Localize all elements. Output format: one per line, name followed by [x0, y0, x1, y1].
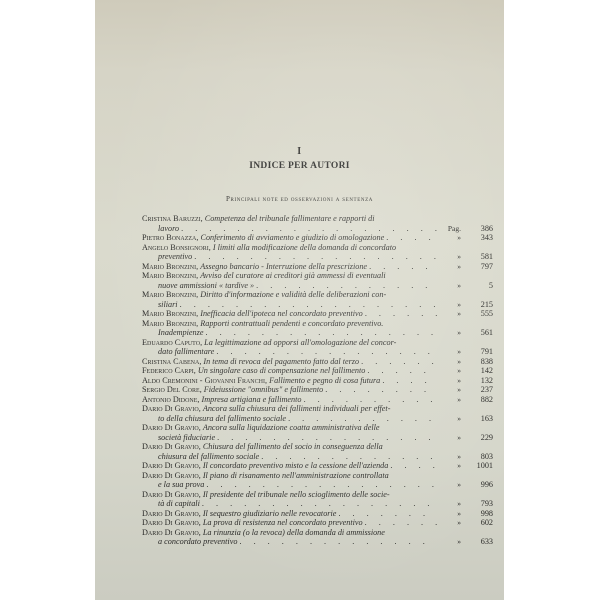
page-prefix: »: [441, 281, 461, 291]
work-title: La prova di resistenza nel concordato pr…: [203, 518, 363, 527]
entry-line: Dario Di Gravio, Ancora sulla chiusura d…: [142, 404, 493, 414]
index-entry: Aldo Cremonini - Giovanni Franchi, Falli…: [142, 376, 493, 386]
entry-line: Cristina Baruzzi, Competenza del tribuna…: [142, 214, 493, 224]
page-number: 215: [469, 300, 493, 310]
page-prefix: »: [441, 309, 461, 319]
page-number: 797: [469, 262, 493, 272]
work-title-continued: tà di capitali: [158, 499, 200, 508]
page-reference: Pag.386: [441, 224, 493, 234]
author-index-list: Cristina Baruzzi, Competenza del tribuna…: [142, 214, 493, 547]
author-name: Pietro Bonazza: [142, 233, 196, 242]
page-reference: »882: [441, 395, 493, 405]
page-prefix: »: [441, 414, 461, 424]
page-number: 998: [469, 509, 493, 519]
work-title-continued: preventivo: [158, 252, 192, 261]
author-name: Sergio Del Core: [142, 385, 200, 394]
author-name: Mario Bronzini: [142, 290, 196, 299]
page-reference: »803: [441, 452, 493, 462]
index-entry: Dario Di Gravio, Ancora sulla chiusura d…: [142, 404, 493, 423]
entry-continuation: lavoro . . . . . . . . . . . . . . . . .…: [142, 224, 437, 234]
work-title: La legittimazione ad opporsi all'omologa…: [204, 338, 396, 347]
leader-dots: . . . . . . . . . . . . . . . . . . .: [386, 233, 437, 242]
page-prefix: »: [441, 395, 461, 405]
index-entry: Dario Di Gravio, Il piano di risanamento…: [142, 471, 493, 490]
index-entry: Mario Bronzini, Avviso del curatore ai c…: [142, 271, 493, 290]
index-entry: Dario Di Gravio, Il concordato preventiv…: [142, 461, 493, 471]
entry-line: Dario Di Gravio, Il sequestro giudiziari…: [142, 509, 437, 519]
work-title: Competenza del tribunale fallimentare e …: [205, 214, 375, 223]
page-number: 142: [469, 366, 493, 376]
index-entry: Federico Carpi, Un singolare caso di com…: [142, 366, 493, 376]
page-prefix: Pag.: [441, 224, 461, 234]
leader-dots: . . . . . . . . . . . . . . . . . . .: [180, 300, 437, 309]
leader-dots: . . . . . . . . . . . . . . . . . . .: [202, 499, 437, 508]
entry-line: Aldo Cremonini - Giovanni Franchi, Falli…: [142, 376, 437, 386]
work-title-continued: chiusura del fallimento sociale: [158, 452, 259, 461]
work-title: Ancora sulla chiusura dei fallimenti ind…: [203, 404, 391, 413]
entry-line: Dario Di Gravio, Il piano di risanamento…: [142, 471, 493, 481]
work-title-continued: dato fallimentare: [158, 347, 214, 356]
index-entry: Mario Bronzini, Diritto d'informazione e…: [142, 290, 493, 309]
section-number: I: [95, 146, 504, 157]
leader-dots: . . . . . . . . . . . . . . . . . . .: [216, 347, 437, 356]
entry-continuation: nuove ammissioni « tardive » . . . . . .…: [142, 281, 437, 291]
page-number: 555: [469, 309, 493, 319]
work-title-continued: siliari: [158, 300, 178, 309]
page-number: 229: [469, 433, 493, 443]
entry-line: Dario Di Gravio, Ancora sulla liquidazio…: [142, 423, 493, 433]
work-title-continued: Inadempienze: [158, 328, 203, 337]
author-name: Dario Di Gravio: [142, 404, 199, 413]
page-prefix: »: [441, 357, 461, 367]
index-entry: Dario Di Gravio, Ancora sulla liquidazio…: [142, 423, 493, 442]
leader-dots: . . . . . . . . . . . . . . . . . . .: [288, 414, 437, 423]
work-title: Fallimento e pegno di cosa futura: [269, 376, 380, 385]
page-number: 5: [469, 281, 493, 291]
work-title-continued: società fiduciarie: [158, 433, 215, 442]
work-title-continued: to della chiusura del fallimento sociale: [158, 414, 286, 423]
leader-dots: . . . . . . . . . . . . . . . . . . .: [304, 395, 437, 404]
index-entry: Dario Di Gravio, La prova di resistenza …: [142, 518, 493, 528]
entry-line: Mario Bronzini, Avviso del curatore ai c…: [142, 271, 493, 281]
entry-line: Mario Bronzini, Inefficacia dell'ipoteca…: [142, 309, 437, 319]
page-prefix: »: [441, 461, 461, 471]
entry-line: Antonio Didone, Impresa artigiana e fall…: [142, 395, 437, 405]
author-name: Antonio Didone: [142, 395, 197, 404]
page-reference: »5: [441, 281, 493, 291]
page-reference: »602: [441, 518, 493, 528]
index-entry: Sergio Del Core, Fideiussione "omnibus" …: [142, 385, 493, 395]
author-name: Angelo Bonsignori: [142, 243, 209, 252]
work-title: Avviso del curatore ai creditori già amm…: [200, 271, 385, 280]
page-prefix: »: [441, 518, 461, 528]
page-reference: »561: [441, 328, 493, 338]
page-prefix: »: [441, 509, 461, 519]
page-prefix: »: [441, 452, 461, 462]
page-prefix: »: [441, 433, 461, 443]
page-number: 602: [469, 518, 493, 528]
index-entry: Antonio Didone, Impresa artigiana e fall…: [142, 395, 493, 405]
leader-dots: . . . . . . . . . . . . . . . . . . .: [390, 461, 437, 470]
leader-dots: . . . . . . . . . . . . . . . . . . .: [194, 252, 437, 261]
author-name: Dario Di Gravio: [142, 423, 199, 432]
index-entry: Eduardo Caputo, La legittimazione ad opp…: [142, 338, 493, 357]
page-reference: »142: [441, 366, 493, 376]
work-title-continued: a concordato preventivo: [158, 537, 237, 546]
work-title: Il sequestro giudiziario nelle revocator…: [203, 509, 337, 518]
work-title: Assegno bancario - Interruzione della pr…: [200, 262, 367, 271]
page-prefix: »: [441, 385, 461, 395]
page-reference: »793: [441, 499, 493, 509]
index-entry: Mario Bronzini, Rapporti contrattuali pe…: [142, 319, 493, 338]
leader-dots: . . . . . . . . . . . . . . . . . . .: [367, 366, 437, 375]
page-prefix: »: [441, 376, 461, 386]
page-reference: »1001: [441, 461, 493, 471]
entry-line: Dario Di Gravio, Chiusura del fallimento…: [142, 442, 493, 452]
entry-line: Angelo Bonsignori, I limiti alla modific…: [142, 243, 493, 253]
leader-dots: . . . . . . . . . . . . . . . . . . .: [206, 328, 437, 337]
index-entry: Dario Di Gravio, Il sequestro giudiziari…: [142, 509, 493, 519]
page-reference: »581: [441, 252, 493, 262]
index-entry: Pietro Bonazza, Conferimento di avviamen…: [142, 233, 493, 243]
author-name: Mario Bronzini: [142, 271, 196, 280]
author-name: Cristina Baruzzi: [142, 214, 201, 223]
page-number: 633: [469, 537, 493, 547]
page-prefix: »: [441, 537, 461, 547]
work-title: In tema di revoca del pagamento fatto da…: [203, 357, 359, 366]
author-name: Dario Di Gravio: [142, 471, 199, 480]
work-title: Diritto d'informazione e validità delle …: [200, 290, 386, 299]
page-number: 996: [469, 480, 493, 490]
leader-dots: . . . . . . . . . . . . . . . . . . .: [382, 376, 437, 385]
entry-continuation: società fiduciarie . . . . . . . . . . .…: [142, 433, 437, 443]
page-prefix: »: [441, 252, 461, 262]
page-prefix: »: [441, 328, 461, 338]
section-subtitle: Principali note ed osservazioni a senten…: [95, 195, 504, 203]
page-number: 386: [469, 224, 493, 234]
index-entry: Dario Di Gravio, Il presidente del tribu…: [142, 490, 493, 509]
entry-continuation: Inadempienze . . . . . . . . . . . . . .…: [142, 328, 437, 338]
work-title: Conferimento di avviamento e giudizio di…: [200, 233, 384, 242]
leader-dots: . . . . . . . . . . . . . . . . . . .: [361, 357, 437, 366]
leader-dots: . . . . . . . . . . . . . . . . . . .: [239, 537, 437, 546]
page-reference: »132: [441, 376, 493, 386]
page-prefix: »: [441, 480, 461, 490]
page-number: 882: [469, 395, 493, 405]
page-number: 163: [469, 414, 493, 424]
entry-line: Mario Bronzini, Assegno bancario - Inter…: [142, 262, 437, 272]
page-title: INDICE PER AUTORI: [95, 161, 504, 171]
author-name: Mario Bronzini: [142, 319, 196, 328]
index-entry: Mario Bronzini, Inefficacia dell'ipoteca…: [142, 309, 493, 319]
index-entry: Angelo Bonsignori, I limiti alla modific…: [142, 243, 493, 262]
page-number: 803: [469, 452, 493, 462]
entry-continuation: preventivo . . . . . . . . . . . . . . .…: [142, 252, 437, 262]
author-name: Eduardo Caputo: [142, 338, 200, 347]
index-entry: Dario Di Gravio, La rinunzia (o la revoc…: [142, 528, 493, 547]
author-name: Aldo Cremonini - Giovanni Franchi: [142, 376, 265, 385]
leader-dots: . . . . . . . . . . . . . . . . . . .: [206, 480, 437, 489]
work-title-continued: nuove ammissioni « tardive »: [158, 281, 254, 290]
leader-dots: . . . . . . . . . . . . . . . . . . .: [217, 433, 437, 442]
page-number: 561: [469, 328, 493, 338]
page-number: 343: [469, 233, 493, 243]
page-prefix: »: [441, 366, 461, 376]
page-prefix: »: [441, 300, 461, 310]
work-title: Il piano di risanamento nell'amministraz…: [203, 471, 389, 480]
page-reference: »343: [441, 233, 493, 243]
author-name: Mario Bronzini: [142, 262, 196, 271]
work-title: Il presidente del tribunale nello sciogl…: [203, 490, 390, 499]
entry-line: Mario Bronzini, Rapporti contrattuali pe…: [142, 319, 493, 329]
work-title-continued: e la sua prova: [158, 480, 204, 489]
leader-dots: . . . . . . . . . . . . . . . . . . .: [256, 281, 437, 290]
author-name: Dario Di Gravio: [142, 518, 199, 527]
work-title: Un singolare caso di compensazione nel f…: [198, 366, 366, 375]
entry-continuation: siliari . . . . . . . . . . . . . . . . …: [142, 300, 437, 310]
author-name: Dario Di Gravio: [142, 442, 199, 451]
work-title: Rapporti contrattuali pendenti e concord…: [200, 319, 383, 328]
entry-line: Pietro Bonazza, Conferimento di avviamen…: [142, 233, 437, 243]
leader-dots: . . . . . . . . . . . . . . . . . . .: [365, 518, 437, 527]
index-entry: Cristina Cabena, In tema di revoca del p…: [142, 357, 493, 367]
page-reference: »215: [441, 300, 493, 310]
author-name: Dario Di Gravio: [142, 509, 199, 518]
page-reference: »996: [441, 480, 493, 490]
entry-line: Cristina Cabena, In tema di revoca del p…: [142, 357, 437, 367]
page-number: 581: [469, 252, 493, 262]
author-name: Mario Bronzini: [142, 309, 196, 318]
entry-line: Mario Bronzini, Diritto d'informazione e…: [142, 290, 493, 300]
entry-continuation: chiusura del fallimento sociale . . . . …: [142, 452, 437, 462]
work-title-continued: lavoro: [158, 224, 179, 233]
page-reference: »791: [441, 347, 493, 357]
index-entry: Dario Di Gravio, Chiusura del fallimento…: [142, 442, 493, 461]
work-title: Fideiussione "omnibus" e fallimento: [204, 385, 323, 394]
author-name: Dario Di Gravio: [142, 461, 199, 470]
author-name: Dario Di Gravio: [142, 490, 199, 499]
entry-line: Eduardo Caputo, La legittimazione ad opp…: [142, 338, 493, 348]
page-reference: »797: [441, 262, 493, 272]
page-prefix: »: [441, 233, 461, 243]
page-prefix: »: [441, 262, 461, 272]
leader-dots: . . . . . . . . . . . . . . . . . . .: [181, 224, 437, 233]
entry-line: Dario Di Gravio, Il concordato preventiv…: [142, 461, 437, 471]
page-reference: »237: [441, 385, 493, 395]
index-entry: Cristina Baruzzi, Competenza del tribuna…: [142, 214, 493, 233]
page-reference: »998: [441, 509, 493, 519]
leader-dots: . . . . . . . . . . . . . . . . . . .: [325, 385, 437, 394]
author-name: Cristina Cabena: [142, 357, 199, 366]
page-reference: »838: [441, 357, 493, 367]
page-number: 132: [469, 376, 493, 386]
leader-dots: . . . . . . . . . . . . . . . . . . .: [369, 262, 437, 271]
page-number: 237: [469, 385, 493, 395]
entry-line: Dario Di Gravio, La prova di resistenza …: [142, 518, 437, 528]
page-reference: »555: [441, 309, 493, 319]
leader-dots: . . . . . . . . . . . . . . . . . . .: [261, 452, 437, 461]
work-title: Impresa artigiana e fallimento: [202, 395, 302, 404]
entry-line: Dario Di Gravio, La rinunzia (o la revoc…: [142, 528, 493, 538]
page-number: 791: [469, 347, 493, 357]
page-number: 1001: [469, 461, 493, 471]
index-entry: Mario Bronzini, Assegno bancario - Inter…: [142, 262, 493, 272]
author-name: Federico Carpi: [142, 366, 194, 375]
entry-continuation: to della chiusura del fallimento sociale…: [142, 414, 437, 424]
work-title: Il concordato preventivo misto e la cess…: [203, 461, 389, 470]
work-title: Chiusura del fallimento del socio in con…: [203, 442, 383, 451]
entry-continuation: e la sua prova . . . . . . . . . . . . .…: [142, 480, 437, 490]
page-prefix: »: [441, 347, 461, 357]
page-reference: »229: [441, 433, 493, 443]
page-number: 793: [469, 499, 493, 509]
page-reference: »633: [441, 537, 493, 547]
page-number: 838: [469, 357, 493, 367]
work-title: Inefficacia dell'ipoteca nel concordato …: [200, 309, 363, 318]
leader-dots: . . . . . . . . . . . . . . . . . . .: [338, 509, 437, 518]
entry-continuation: a concordato preventivo . . . . . . . . …: [142, 537, 437, 547]
page-reference: »163: [441, 414, 493, 424]
page-prefix: »: [441, 499, 461, 509]
work-title: La rinunzia (o la revoca) della domanda …: [203, 528, 385, 537]
entry-continuation: dato fallimentare . . . . . . . . . . . …: [142, 347, 437, 357]
work-title: Ancora sulla liquidazione coatta amminis…: [203, 423, 380, 432]
book-page: I INDICE PER AUTORI Principali note ed o…: [95, 0, 504, 600]
entry-line: Federico Carpi, Un singolare caso di com…: [142, 366, 437, 376]
author-name: Dario Di Gravio: [142, 528, 199, 537]
leader-dots: . . . . . . . . . . . . . . . . . . .: [365, 309, 437, 318]
entry-line: Sergio Del Core, Fideiussione "omnibus" …: [142, 385, 437, 395]
work-title: I limiti alla modificazione della domand…: [213, 243, 396, 252]
entry-continuation: tà di capitali . . . . . . . . . . . . .…: [142, 499, 437, 509]
entry-line: Dario Di Gravio, Il presidente del tribu…: [142, 490, 493, 500]
